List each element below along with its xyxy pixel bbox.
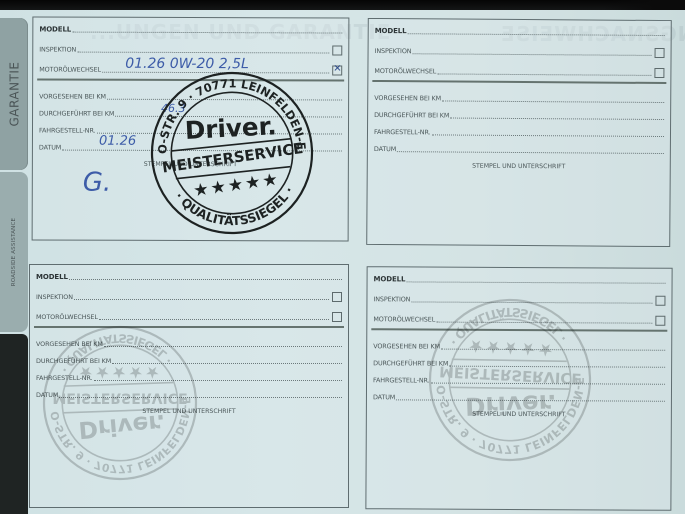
fahrgestell-label: FAHRGESTELL-NR. [374, 128, 431, 136]
modell-field[interactable]: MODELL [39, 25, 342, 34]
svg-text:Driver.: Driver. [184, 111, 277, 145]
motoroelwechsel-checkbox[interactable] [655, 316, 665, 326]
stamp-and-signature-label: STEMPEL UND UNTERSCHRIFT [368, 162, 670, 171]
tab-roadside-assistance[interactable]: ROADSIDE ASSISTANCE [0, 172, 28, 332]
modell-field[interactable]: MODELL [374, 275, 666, 285]
dotted-line [442, 99, 664, 103]
tab-garantie-label: GARANTIE [7, 62, 21, 127]
inspektion-label: INSPEKTION [375, 47, 412, 55]
driver-meisterservice-stamp: NIKOLAUS-OTTO-STR. 9 · 70771 LEINFELDEN-… [150, 71, 314, 239]
tab-roadside-label: ROADSIDE ASSISTANCE [11, 218, 17, 286]
motoroelwechsel-field[interactable]: MOTORÖLWECHSEL [374, 66, 664, 77]
modell-label: MODELL [375, 27, 407, 35]
modell-label: MODELL [36, 273, 68, 281]
modell-field[interactable]: MODELL [36, 273, 342, 281]
motoroelwechsel-label: MOTORÖLWECHSEL [39, 65, 101, 73]
vorgesehen-label: VORGESEHEN BEI KM [374, 94, 441, 102]
inspektion-checkbox[interactable] [332, 292, 342, 302]
inspektion-label: INSPEKTION [36, 293, 73, 301]
svg-text:MEISTERSERVICE: MEISTERSERVICE [52, 390, 187, 406]
inspektion-field[interactable]: INSPEKTION [36, 292, 342, 301]
motoroelwechsel-label: MOTORÖLWECHSEL [373, 315, 435, 323]
inspektion-field[interactable]: INSPEKTION [39, 44, 342, 54]
faded-stamp-offset-lower-left: NIKOLAUS-OTTO-STR. 9 · 70771 LEINFELDEN-… [42, 325, 198, 485]
tab-dark[interactable] [0, 334, 28, 514]
svg-text:★★★★★: ★★★★★ [192, 169, 281, 201]
dotted-line [408, 32, 665, 36]
modell-label: MODELL [39, 25, 71, 33]
motoroelwechsel-field[interactable]: MOTORÖLWECHSEL [36, 312, 342, 321]
dotted-line [69, 278, 342, 280]
datum-label: DATUM [39, 143, 61, 151]
svg-text:Driver.: Driver. [465, 389, 558, 421]
modell-field[interactable]: MODELL [375, 27, 665, 37]
inspektion-checkbox[interactable] [332, 45, 342, 55]
motoroelwechsel-checkbox[interactable] [654, 68, 664, 78]
fahrgestell-label: FAHRGESTELL-NR. [39, 126, 96, 134]
svg-text:Driver.: Driver. [77, 409, 166, 444]
datum-label: DATUM [374, 145, 396, 153]
dotted-line [432, 133, 664, 137]
handwritten-signature: G. [83, 168, 112, 198]
inspektion-checkbox[interactable] [655, 48, 665, 58]
svg-text:★★★★★: ★★★★★ [78, 363, 161, 382]
inspektion-field[interactable]: INSPEKTION [375, 46, 665, 57]
durchgefuehrt-field[interactable]: DURCHGEFÜHRT BEI KM [374, 111, 664, 121]
fahrgestell-field[interactable]: FAHRGESTELL-NR. [374, 128, 664, 138]
handwritten-oil-change: 01.26 0W-20 2,5L [125, 56, 249, 72]
svg-text:★★★★★: ★★★★★ [468, 335, 556, 360]
dotted-line [412, 52, 651, 56]
section-divider [372, 80, 666, 84]
service-record-card-2: MODELLINSPEKTIONMOTORÖLWECHSELVORGESEHEN… [366, 18, 672, 247]
dotted-line [450, 117, 664, 120]
handwritten-date: 01.26 [99, 134, 136, 149]
modell-label: MODELL [374, 275, 406, 283]
durchgefuehrt-label: DURCHGEFÜHRT BEI KM [374, 111, 449, 120]
durchgefuehrt-label: DURCHGEFÜHRT BEI KM [39, 109, 114, 117]
faded-stamp-offset-lower-right: NIKOLAUS-OTTO-STR. 9 · 70771 LEINFELDEN-… [428, 298, 592, 466]
dotted-line [99, 318, 329, 320]
motoroelwechsel-checkbox[interactable] [332, 312, 342, 322]
fahrgestell-label: FAHRGESTELL-NR. [373, 376, 430, 384]
vorgesehen-label: VORGESEHEN BEI KM [39, 92, 106, 100]
svg-text:MEISTERSERVICE: MEISTERSERVICE [439, 362, 582, 386]
inspektion-label: INSPEKTION [39, 45, 76, 53]
motoroelwechsel-checkbox[interactable] [332, 65, 342, 75]
vorgesehen-field[interactable]: VORGESEHEN BEI KM [374, 94, 664, 104]
motoroelwechsel-label: MOTORÖLWECHSEL [374, 67, 436, 75]
dotted-line [74, 298, 329, 300]
datum-field[interactable]: DATUM [374, 145, 664, 155]
dotted-line [77, 51, 329, 54]
dotted-line [397, 150, 664, 154]
tab-garantie[interactable]: GARANTIE [0, 18, 28, 170]
inspektion-label: INSPEKTION [373, 295, 410, 303]
inspektion-checkbox[interactable] [655, 296, 665, 306]
dotted-line [406, 280, 665, 283]
dotted-line [72, 31, 342, 34]
datum-label: DATUM [373, 393, 395, 401]
motoroelwechsel-label: MOTORÖLWECHSEL [36, 313, 98, 321]
dotted-line [437, 72, 651, 75]
